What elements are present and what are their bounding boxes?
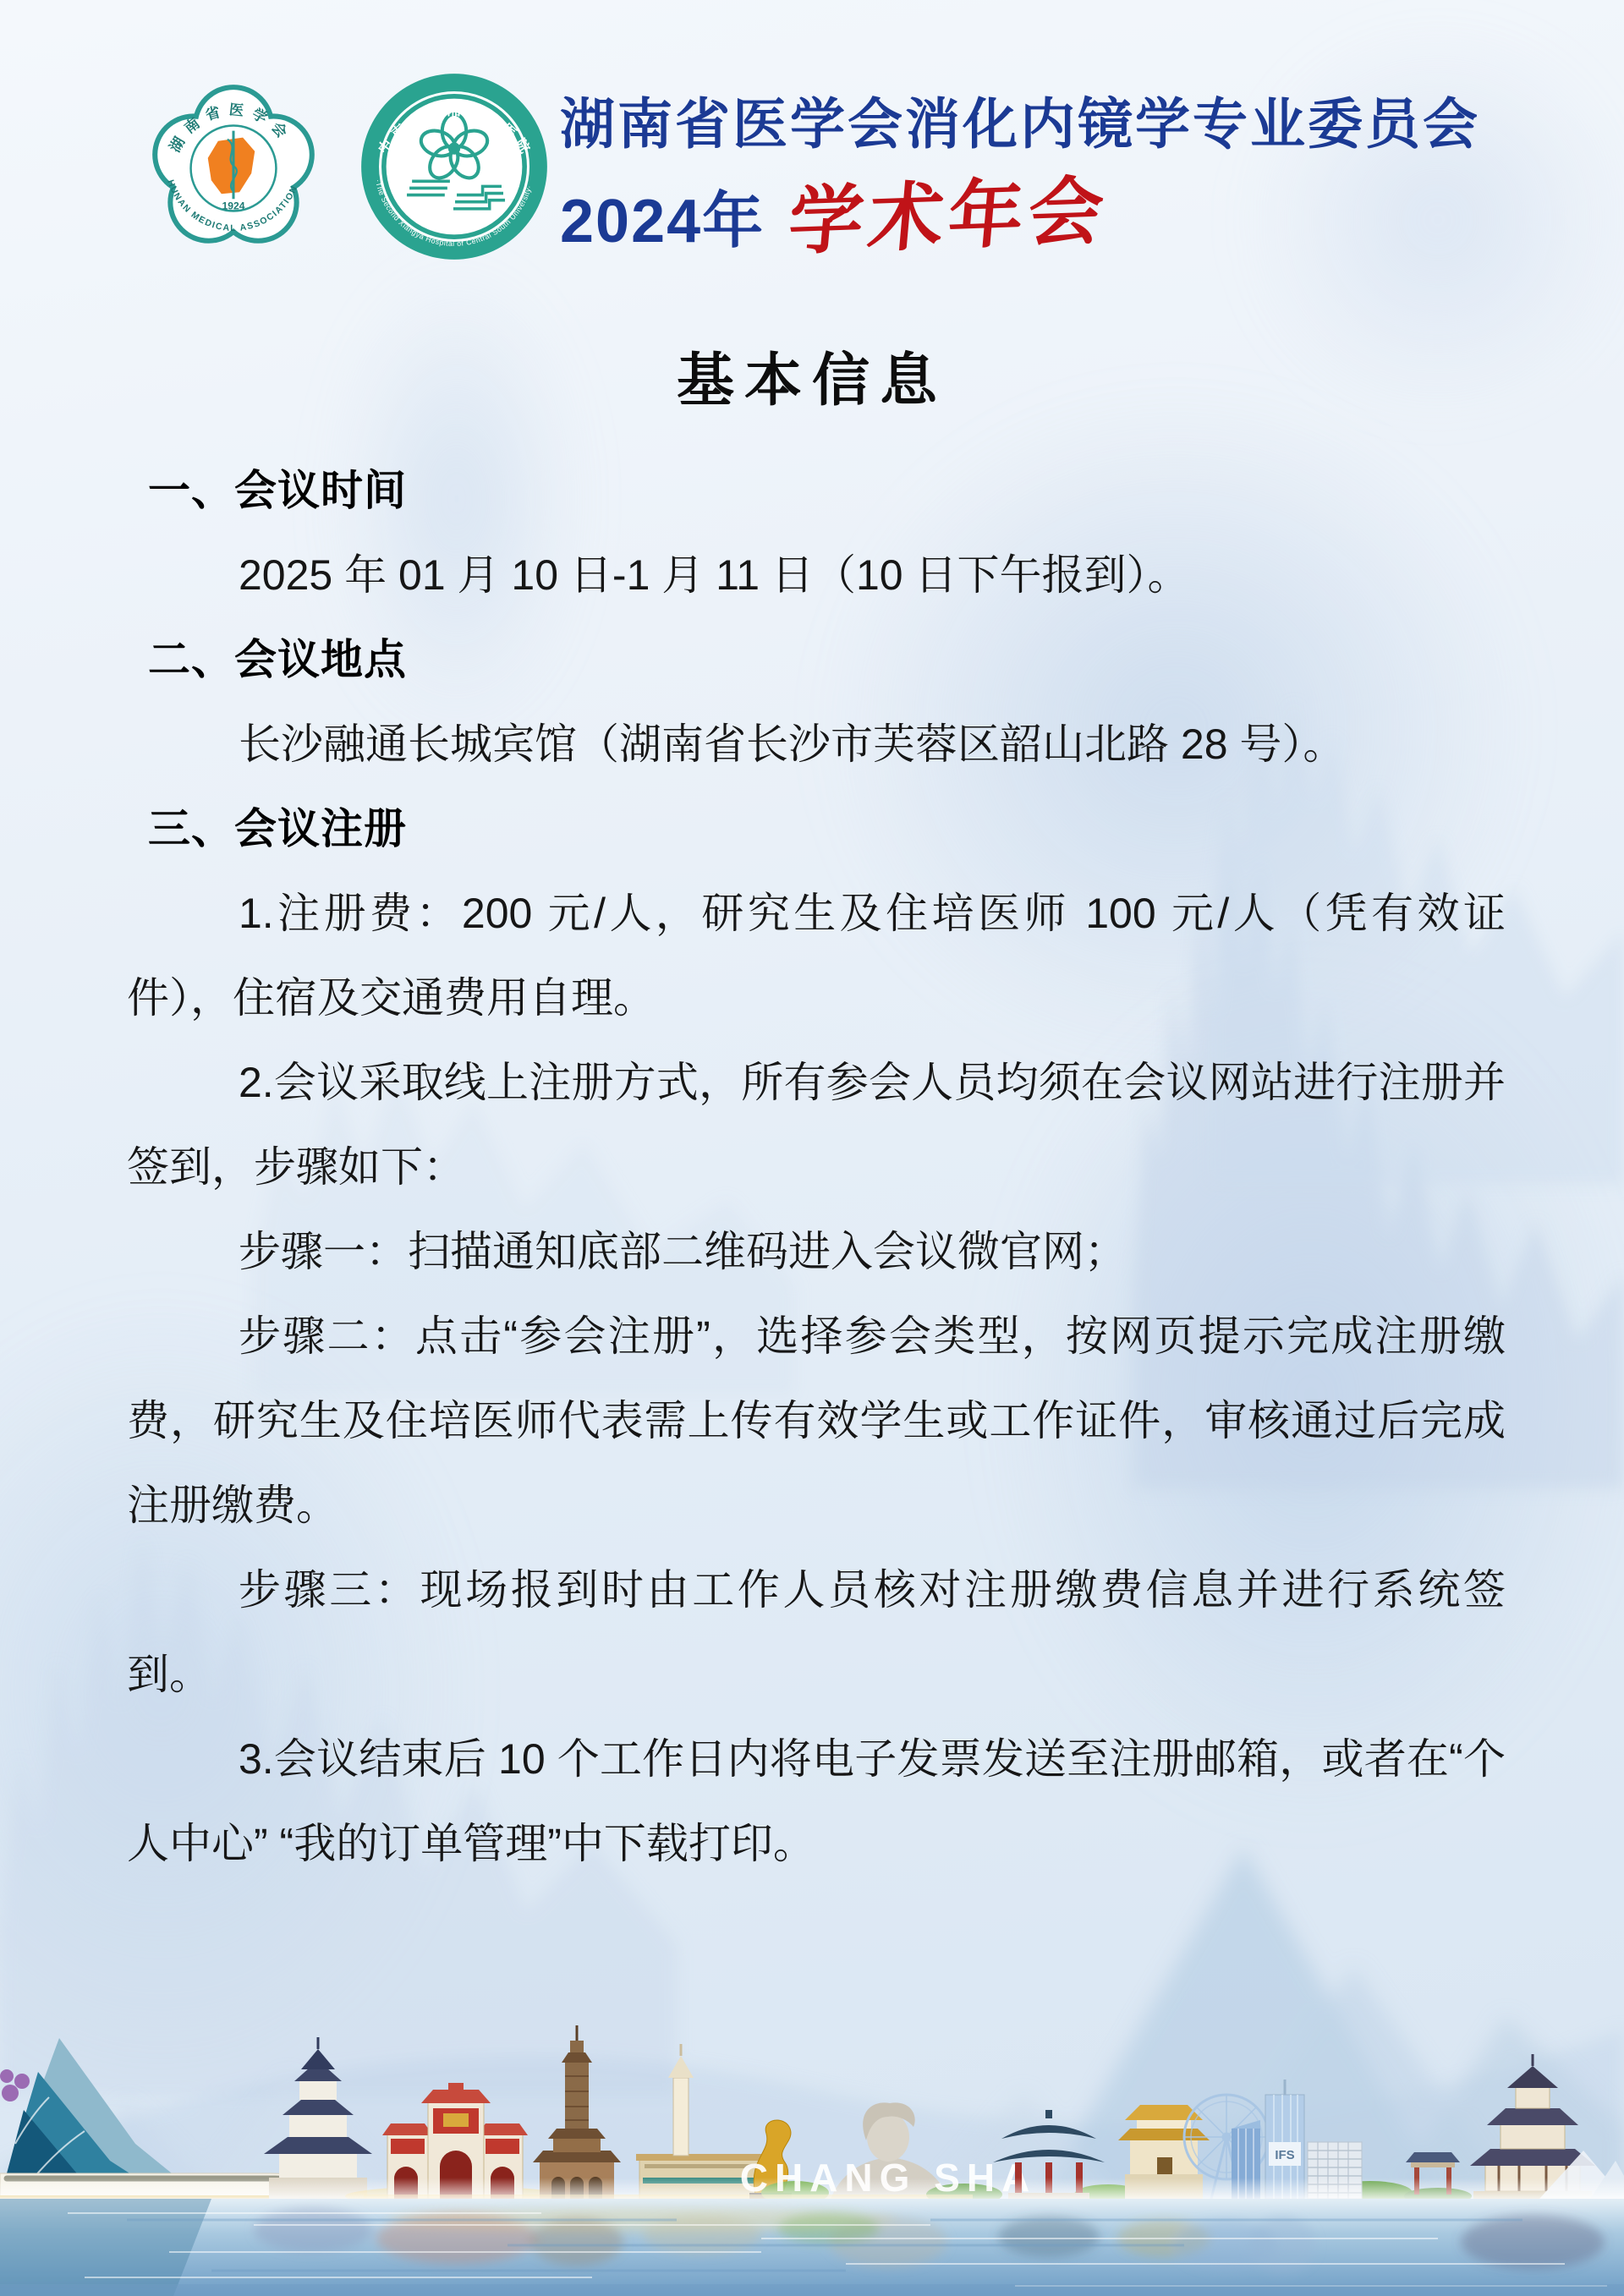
section-3-heading: 三、会议注册: [148, 786, 1506, 871]
fog-band: [0, 2178, 1624, 2200]
page-title-line1: 湖南省医学会消化内镜学专业委员会: [560, 79, 1480, 159]
page-title-line2: 2024年学术年会: [560, 157, 1108, 264]
ifs-label: IFS: [1275, 2148, 1294, 2162]
invoice-paragraph: 3.会议结束后 10 个工作日内将电子发票发送至注册邮箱，或者在“个人中心” “…: [127, 1717, 1506, 1886]
page-heading: 基本信息: [0, 335, 1624, 417]
step-1-paragraph: 步骤一：扫描通知底部二维码进入会议微官网；: [127, 1209, 1506, 1294]
section-2-heading: 二、会议地点: [148, 617, 1506, 702]
notice-body: 一、会议时间 2025 年 01 月 10 日-1 月 11 日（10 日下午报…: [127, 448, 1506, 1886]
online-registration-paragraph: 2.会议采取线上注册方式，所有参会人员均须在会议网站进行注册并签到，步骤如下：: [127, 1040, 1506, 1209]
water: [0, 2199, 1624, 2296]
registration-fee-paragraph: 1.注册费：200 元/人，研究生及住培医师 100 元/人（凭有效证件），住宿…: [127, 871, 1506, 1040]
section-1-heading: 一、会议时间: [148, 448, 1506, 533]
martyrs-tower-icon: [533, 2025, 621, 2199]
title-script-calligraphy: 学术年会: [785, 151, 1113, 269]
step-3-paragraph: 步骤三：现场报到时由工作人员核对注册缴费信息并进行系统签到。: [127, 1548, 1506, 1717]
flowers-icon: [0, 2069, 30, 2101]
changsha-skyline-illustration: CHANG SHA IFS: [0, 1822, 1624, 2296]
xiangya-hospital-logo-icon: 中南大学湘雅二医院 ·The Second Xiangya Hospital o…: [355, 68, 553, 266]
hunan-medical-association-logo-icon: 湖南省医学会 HUNAN MEDICAL ASSOCIATION 1924: [134, 73, 333, 266]
section-2-paragraph: 长沙融通长城宾馆（湖南省长沙市芙蓉区韶山北路 28 号）。: [127, 702, 1506, 786]
step-2-paragraph: 步骤二：点击“参会注册”，选择参会类型，按网页提示完成注册缴费，研究生及住培医师…: [127, 1294, 1506, 1548]
logo-year-text: 1924: [222, 200, 245, 211]
section-1-paragraph: 2025 年 01 月 10 日-1 月 11 日（10 日下午报到）。: [127, 533, 1506, 617]
title-year: 2024年: [560, 188, 765, 255]
